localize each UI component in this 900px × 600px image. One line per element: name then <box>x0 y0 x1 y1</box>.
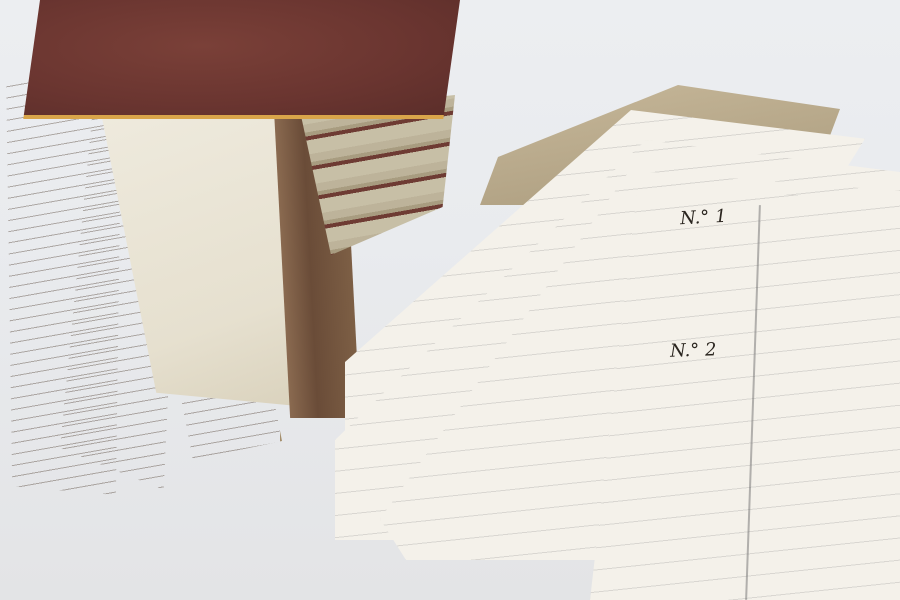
closed-red-book <box>23 0 460 119</box>
handwritten-sheet: N.° 1 N.° 2 <box>590 195 900 600</box>
sheet-heading: N.° 2 <box>670 339 717 362</box>
sheet-heading: N.° 1 <box>679 206 727 229</box>
